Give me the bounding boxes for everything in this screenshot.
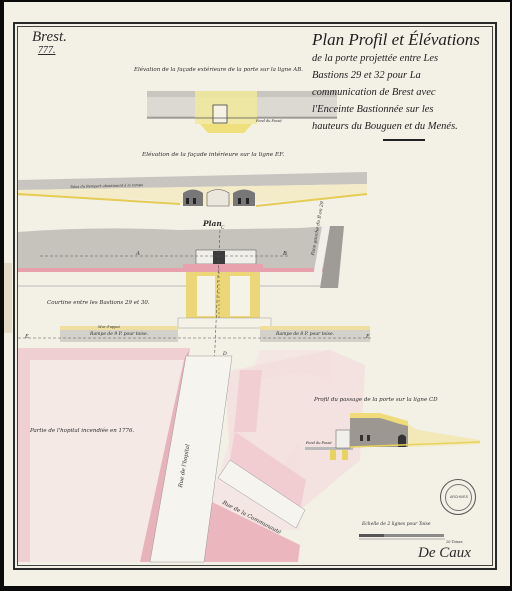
ramp-left-label: Rampe de 9 P. pour toise. [90,332,148,337]
point-b-label: B [283,251,287,257]
curtain-label: Courtine entre les Bastions 29 et 30. [47,300,150,306]
title-line-3: communication de Brest avec [312,84,490,101]
point-d-label: D [223,352,227,357]
title-line-2: Bastions 29 et 32 pour La [312,67,490,84]
sheet-number: 777. [38,45,56,56]
title-underline [383,139,425,141]
title-heading: Plan Profil et Élévations [312,30,490,50]
point-c-label: C [221,226,224,231]
fold-strip [4,263,12,333]
title-line-5: hauteurs du Bouguen et du Menés. [312,118,490,135]
title-line-4: l'Enceinte Bastionnée sur les [312,101,490,118]
profile-cd-caption: Profil du passage de la porte sur la lig… [314,397,438,403]
ramp-right-label: Rampe de 8 P. pour toise. [276,332,334,337]
elevation-ef-drawing [18,172,367,206]
archive-stamp: ARCHIVES [440,479,476,515]
point-a-label: A [136,251,140,257]
rampart-label: Mur d'appui [98,325,120,329]
elevation-ab-drawing [147,91,337,133]
stamp-center-text: ARCHIVES [444,495,474,499]
elevation-ab-caption: Elévation de la façade extérieure de la … [134,67,303,73]
title-block: Plan Profil et Élévations de la porte pr… [312,30,490,135]
elevation-ef-caption: Elévation de la façade intérieure sur la… [142,152,284,158]
city-blocks [18,348,365,562]
plan-caption: Plan [203,219,222,228]
point-e-label: E [25,334,29,340]
scale-bar [359,534,445,539]
signature: De Caux [418,545,471,562]
profile-cd-note: Fond du Fossé [306,441,332,445]
scale-caption: Echelle de 2 lignes pour Toise [362,522,431,527]
elevation-ab-note: Fond du Fossé [256,119,282,123]
hospital-block-label: Partie de l'hopital incendiée en 1776. [30,428,134,434]
scale-unit-label: 20 Toises [446,540,463,544]
point-f-label: F [366,334,370,340]
title-line-1: de la porte projettée entre Les [312,50,490,67]
place-label: Brest. [32,29,67,46]
